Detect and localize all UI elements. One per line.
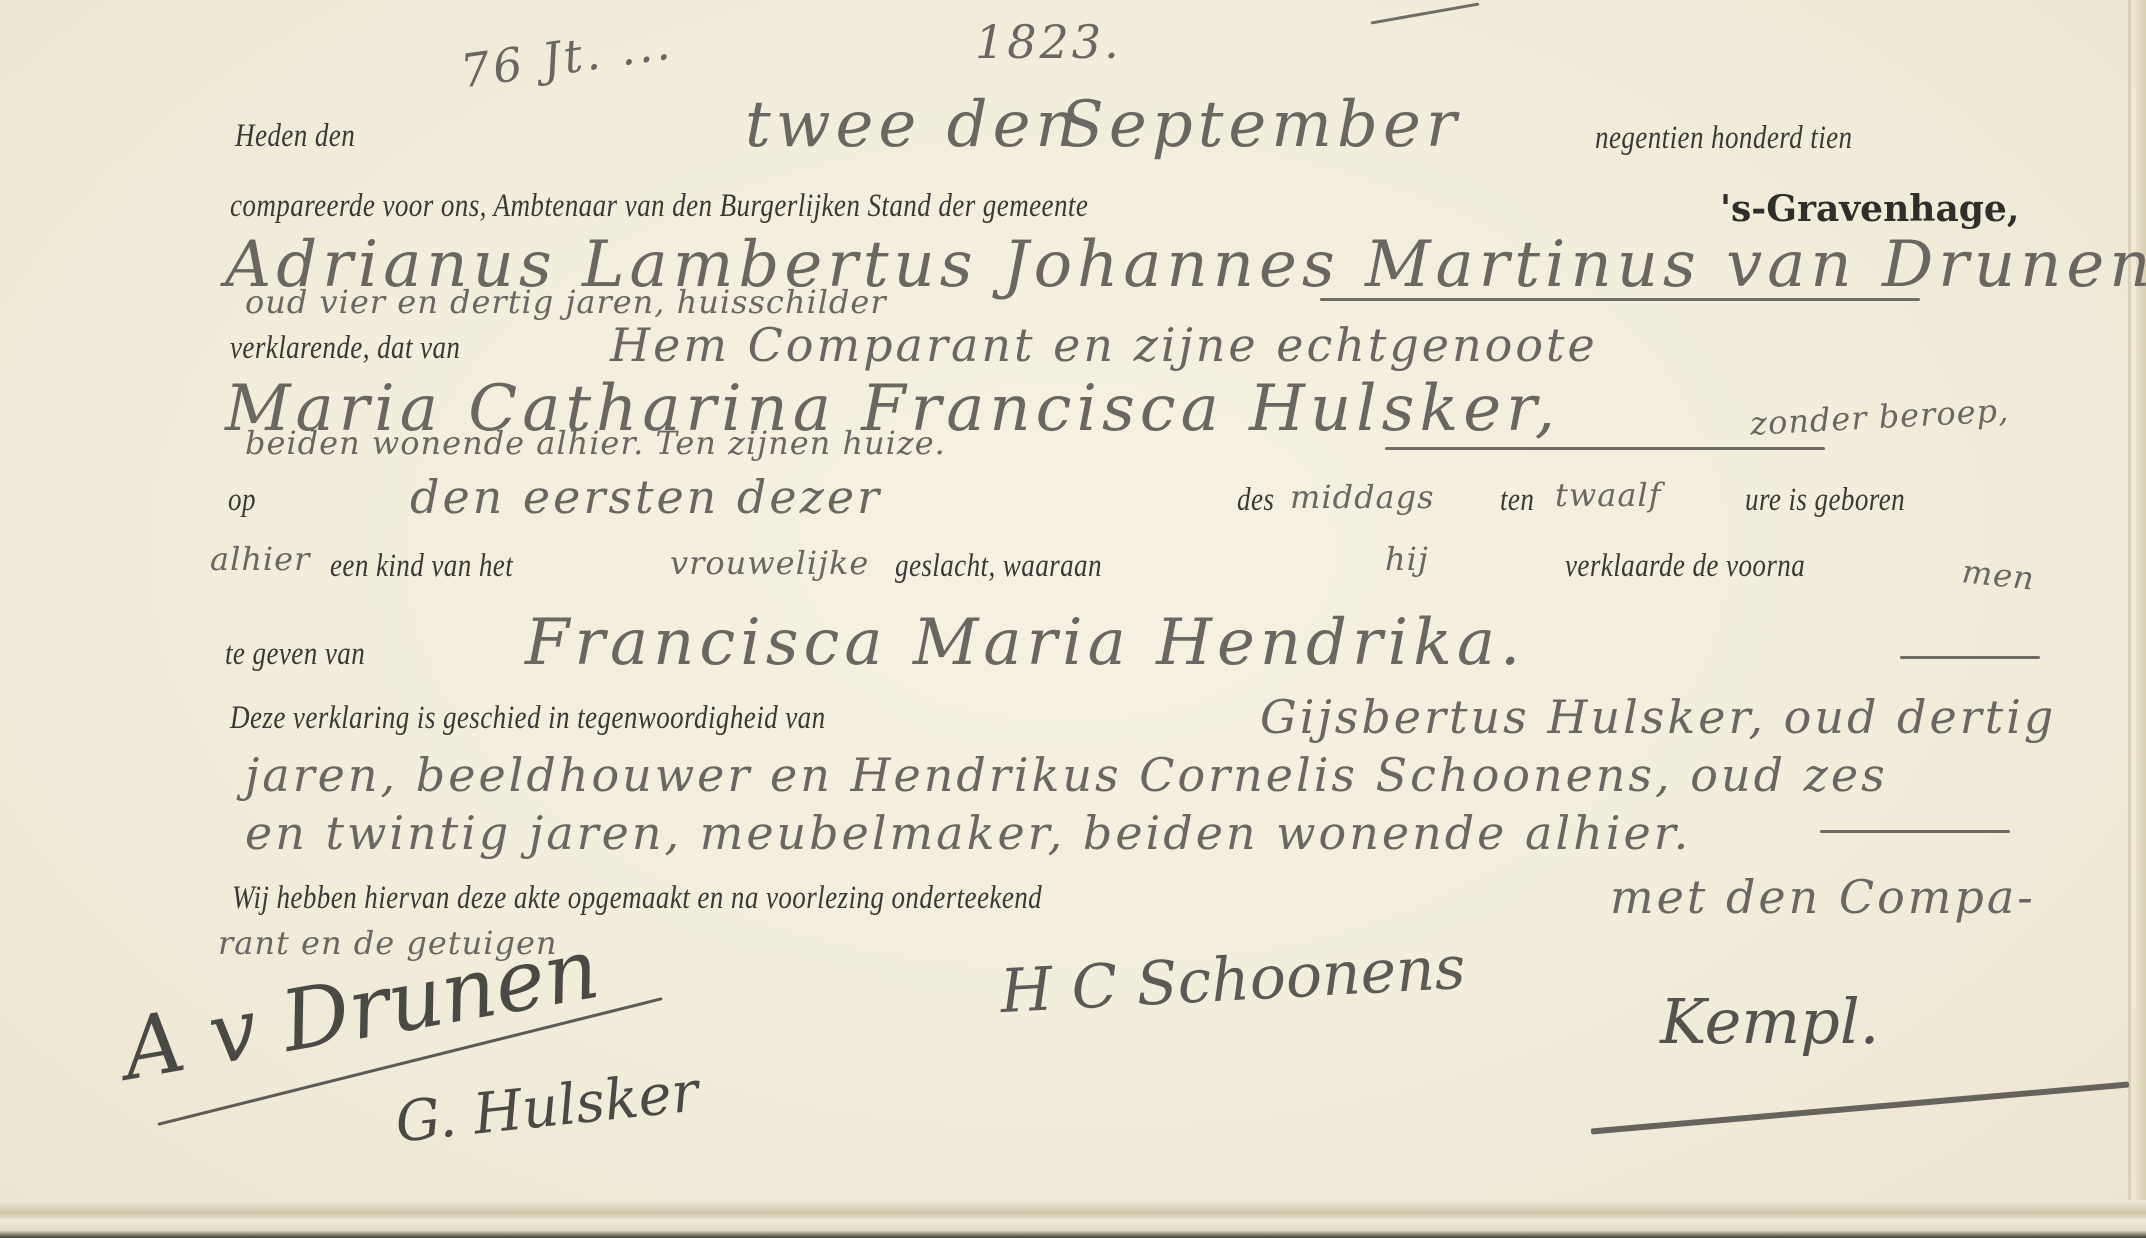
hand-hij: hij bbox=[1385, 540, 1429, 578]
hand-birth-date: den eersten dezer bbox=[410, 470, 882, 524]
hand-men: men bbox=[1960, 552, 2036, 597]
printed-geboren: ure is geboren bbox=[1745, 482, 1905, 519]
page-bottom-edge bbox=[0, 1200, 2146, 1238]
hand-residence: beiden wonende alhier. Ten zijnen huize. bbox=[245, 424, 946, 462]
margin-year-note: 1823. bbox=[975, 15, 1122, 69]
fill-line bbox=[1320, 298, 1920, 301]
hand-met-den-comparant: met den Compa- bbox=[1610, 870, 2036, 924]
hand-alhier: alhier bbox=[210, 540, 310, 578]
printed-municipality: 's-Gravenhage, bbox=[1720, 188, 2019, 230]
printed-des: des bbox=[1237, 482, 1274, 519]
printed-verklarende: verklarende, dat van bbox=[230, 330, 460, 367]
hand-sex: vrouwelijke bbox=[670, 544, 869, 582]
printed-akte-opgemaakt: Wij hebben hiervan deze akte opgemaakt e… bbox=[232, 880, 1042, 917]
signature-registrar: Kempl. bbox=[1660, 985, 1879, 1058]
hand-month: September bbox=[1060, 88, 1461, 162]
hand-witness-1: Gijsbertus Hulsker, oud dertig bbox=[1260, 690, 2056, 744]
printed-verklaring-geschied: Deze verklaring is geschied in tegenwoor… bbox=[230, 700, 826, 737]
hand-hour: twaalf bbox=[1555, 476, 1661, 514]
hand-witness-2-details: en twintig jaren, meubelmaker, beiden wo… bbox=[245, 806, 1691, 860]
printed-voornamen: verklaarde de voorna bbox=[1565, 548, 1805, 585]
fill-line bbox=[1820, 830, 2010, 833]
printed-geslacht: geslacht, waaraan bbox=[895, 548, 1102, 585]
printed-comparant-line: compareerde voor ons, Ambtenaar van den … bbox=[230, 188, 1088, 225]
page-edge bbox=[2128, 0, 2131, 1225]
printed-op: op bbox=[228, 482, 256, 519]
hand-father-age-occupation: oud vier en dertig jaren, huisschilder bbox=[245, 283, 887, 321]
book-edge bbox=[2136, 0, 2146, 1238]
hand-child-name: Francisca Maria Hendrika. bbox=[525, 606, 1525, 680]
printed-te-geven-van: te geven van bbox=[225, 636, 365, 673]
hand-declarant-spouse: Hem Comparant en zijne echtgenoote bbox=[610, 318, 1598, 372]
hand-time-of-day: middags bbox=[1290, 478, 1435, 516]
fill-line bbox=[1900, 656, 2040, 659]
printed-heden-den: Heden den bbox=[235, 118, 355, 155]
hand-witness-details: jaren, beeldhouwer en Hendrikus Cornelis… bbox=[245, 748, 1888, 802]
fill-line bbox=[1385, 447, 1825, 450]
hand-day: twee den bbox=[745, 88, 1082, 162]
printed-kind-van-het: een kind van het bbox=[330, 548, 513, 585]
printed-ten: ten bbox=[1500, 482, 1534, 519]
printed-year: negentien honderd tien bbox=[1595, 120, 1853, 157]
